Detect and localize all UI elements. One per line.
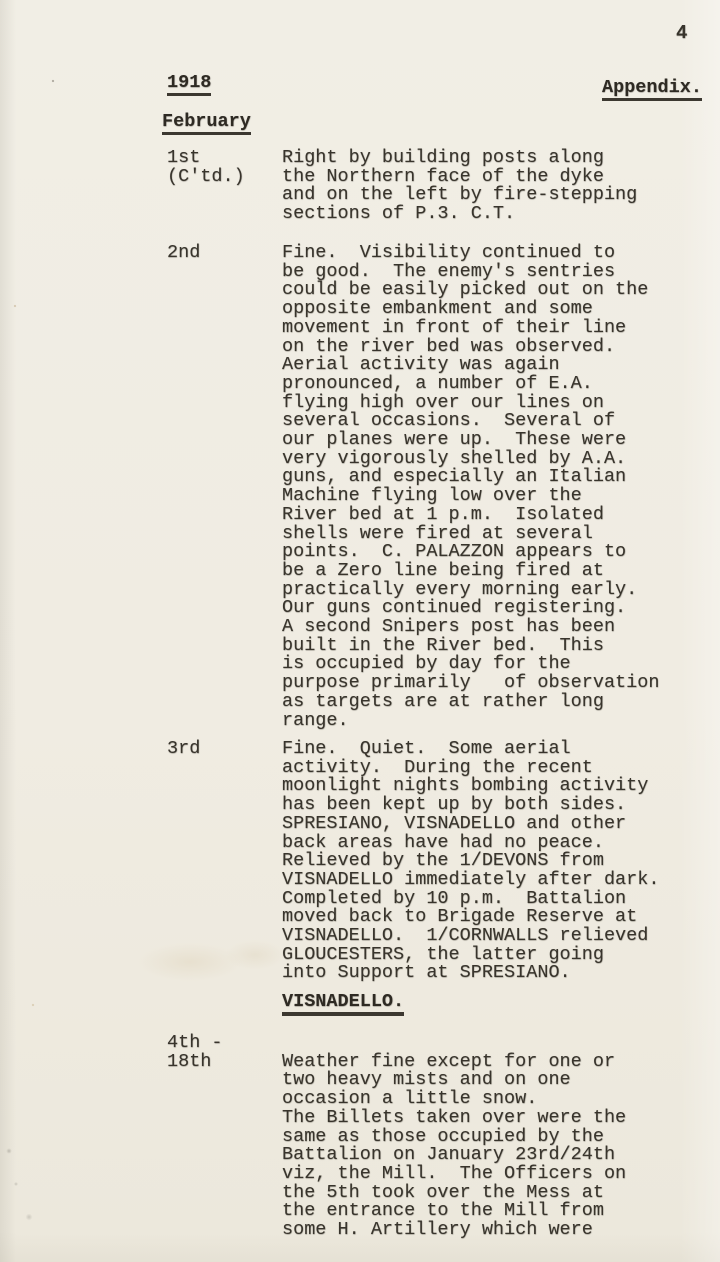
appendix-label: Appendix. bbox=[602, 79, 702, 101]
page-number: 4 bbox=[676, 24, 687, 43]
text-line: some H. Artillery which were bbox=[282, 1221, 626, 1240]
entry-date: 2nd bbox=[167, 244, 282, 263]
text-line: pronounced, a number of E.A. bbox=[282, 375, 659, 394]
entry-date: 1st(C'td.) bbox=[167, 149, 282, 186]
text-line: VISNADELLO. 1/CORNWALLS relieved bbox=[282, 927, 659, 946]
text-line: into Support at SPRESIANO. bbox=[282, 964, 659, 983]
text-line: as targets are at rather long bbox=[282, 693, 659, 712]
month-heading-text: February bbox=[162, 113, 251, 135]
month-heading: February bbox=[162, 113, 251, 135]
text-line: The Billets taken over were the bbox=[282, 1109, 626, 1128]
entry-date: 3rd bbox=[167, 740, 282, 759]
document-page: 4 1918 Appendix. February 1st(C'td.) Rig… bbox=[0, 0, 720, 1262]
text-line: opposite embankment and some bbox=[282, 300, 659, 319]
text-line: Right by building posts along bbox=[282, 149, 637, 168]
text-line: sections of P.3. C.T. bbox=[282, 205, 637, 224]
diary-entry: 2nd Fine. Visibility continued tobe good… bbox=[167, 244, 659, 730]
location-heading: VISNADELLO. bbox=[282, 993, 404, 1016]
text-line: River bed at 1 p.m. Isolated bbox=[282, 506, 659, 525]
text-line: occasion a little snow. bbox=[282, 1090, 626, 1109]
location-heading-text: VISNADELLO. bbox=[282, 993, 404, 1016]
entry-body: Right by building posts alongthe Norther… bbox=[282, 149, 637, 224]
text-line: 4th - bbox=[167, 1034, 282, 1053]
text-line: A second Snipers post has been bbox=[282, 618, 659, 637]
text-line: has been kept up by both sides. bbox=[282, 796, 659, 815]
text-line: movement in front of their line bbox=[282, 319, 659, 338]
entry-date: 4th -18th bbox=[167, 1034, 282, 1071]
text-line: 1st bbox=[167, 149, 282, 168]
text-line: 18th bbox=[167, 1053, 282, 1072]
year-heading-text: 1918 bbox=[167, 74, 211, 96]
text-line: SPRESIANO, VISNADELLO and other bbox=[282, 815, 659, 834]
text-line: Fine. Quiet. Some aerial bbox=[282, 740, 659, 759]
text-line: be a Zero line being fired at bbox=[282, 562, 659, 581]
year-heading: 1918 bbox=[167, 74, 211, 96]
entry-body: Fine. Quiet. Some aerialactivity. During… bbox=[282, 740, 659, 983]
diary-entry: 4th -18th Weather fine except for one or… bbox=[167, 1034, 626, 1240]
text-line: VISNADELLO immediately after dark. bbox=[282, 871, 659, 890]
diary-entry: 1st(C'td.) Right by building posts along… bbox=[167, 149, 637, 224]
entry-body: Fine. Visibility continued tobe good. Th… bbox=[282, 244, 659, 730]
entry-body: Weather fine except for one ortwo heavy … bbox=[282, 1053, 626, 1240]
appendix-label-text: Appendix. bbox=[602, 79, 702, 101]
text-line: (C'td.) bbox=[167, 168, 282, 187]
text-line: Fine. Visibility continued to bbox=[282, 244, 659, 263]
text-line: range. bbox=[282, 712, 659, 731]
text-line: 2nd bbox=[167, 244, 282, 263]
text-line: viz, the Mill. The Officers on bbox=[282, 1165, 626, 1184]
text-line: 3rd bbox=[167, 740, 282, 759]
text-line: our planes were up. These were bbox=[282, 431, 659, 450]
diary-entry: 3rd Fine. Quiet. Some aerialactivity. Du… bbox=[167, 740, 659, 983]
